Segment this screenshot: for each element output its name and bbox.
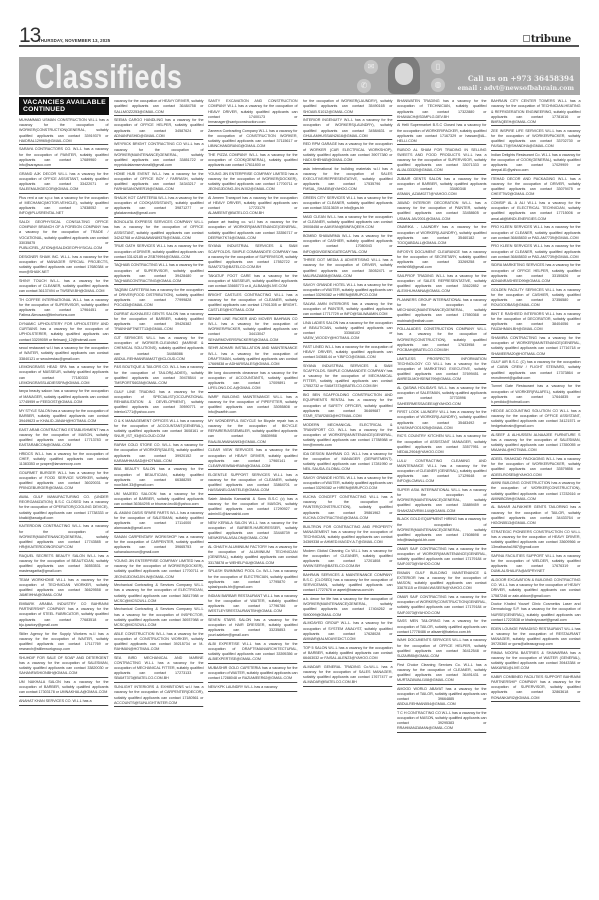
classified-ad: SEA BIRD MECHANICAL AND MARINE CONTRACTI… bbox=[114, 654, 203, 683]
classified-ad: EMAAN GULF BUILDING MAINTENANCE & EXTERI… bbox=[397, 569, 486, 593]
classified-ad: AMINI BUILDING CONSTRUCTION has a vacanc… bbox=[491, 479, 580, 503]
classified-ad: HRIDCS W.L.L has a vacancy for the occup… bbox=[19, 450, 108, 469]
classified-ad: MUHAMMAD USMAN CONSTRUCTION W.L.L has a … bbox=[19, 116, 108, 145]
classified-ad: vacancy for the occupation of HEAVY DRIV… bbox=[114, 97, 203, 116]
classified-ad: SEEMA CARGO HANDLING has a vacancy for t… bbox=[114, 116, 203, 140]
mobile-icon: ▯ bbox=[431, 60, 445, 74]
folio: 13 THURSDAY, NOVEMBER 13, 2025 bbox=[19, 26, 272, 46]
classified-ad: Saleh Abdulla Kamashki & Sons B.S.C (c) … bbox=[208, 495, 297, 519]
column-4: for the occupation of WORKER(LAUNDRY), s… bbox=[303, 97, 393, 687]
classified-ad: AL QASWA HOLIDAYS W.L.L has a vacancy fo… bbox=[397, 384, 486, 408]
classified-ad: STRATEGIC PIONEERS CONSTRUCTION CO W.L.L… bbox=[491, 528, 580, 552]
classified-ad: BBA BEAUTY SALON has a vacancy for the o… bbox=[114, 465, 203, 489]
classified-ad: TAQHAIB CONTRACTING W.L.L has a vacancy … bbox=[114, 261, 203, 285]
classified-ad: INTERIOR INGENUITY W.L.L has a vacancy f… bbox=[303, 116, 392, 140]
classified-ad: ITEHAD DECOR AND PACKAGING W.L.L has a v… bbox=[491, 175, 580, 199]
classified-ad: SANTY EXCAVATION AND CONSTRUCTION COMPAN… bbox=[208, 97, 297, 126]
classified-ad: tanya beauty saloon has a vacancy for th… bbox=[19, 387, 108, 406]
classified-ad: IDA DESIGN BAHRAIN CO. W.L.L has a vacan… bbox=[303, 450, 392, 474]
classified-ad: EMBARK ARABIA INDUSTRY CO BAHRAINI PARTN… bbox=[19, 600, 108, 629]
column-5: BHANWATEN TRADING has a vacancy for the … bbox=[397, 97, 487, 733]
brand-name: tribune bbox=[531, 34, 571, 45]
classified-ad: KUCHA CONCEPT CONTRACTING W.L.L has a va… bbox=[303, 493, 392, 522]
classified-ad: POLLALADES CONSTRUCTION COMPANY W.L.L ha… bbox=[397, 325, 486, 354]
classified-ad: Doctor Khaled Yousef Clinic Cosmetics La… bbox=[491, 600, 580, 624]
classified-ad: NEW KERALA SALON W.L.L has a vacancy for… bbox=[208, 519, 297, 543]
section-title: Classifieds bbox=[35, 59, 182, 95]
classified-ad: Indian Delights Restaurant Co. W.L.L has… bbox=[491, 151, 580, 175]
classified-ad: BUILTRON FOR CONTRACTING AND PROPERTY MA… bbox=[303, 522, 392, 546]
classified-ad: FAST LINED W.L.L has a vacancy for the o… bbox=[303, 343, 392, 362]
classified-ad: ZEE INSPIRE LIFE SERVICES W.L.L has a va… bbox=[491, 126, 580, 150]
classified-ad: NEW KPK LAUNDRY W.L.L has a vacancy bbox=[208, 683, 297, 692]
classified-ad: WARF BUILDING MAINTENANCE W.L.L has a va… bbox=[208, 393, 297, 417]
classified-ad: AMOOD WORLD ABAYAT has a vacancy for the… bbox=[397, 685, 486, 709]
classified-ad: AL BAHAR ALFAKHER GENTS TAILORING has a … bbox=[491, 503, 580, 527]
classified-ad: BIG BEN SCAFFOLDING CONSTRUCTION AND EQU… bbox=[303, 391, 392, 420]
classified-ad: First Choice Cleaning Services Co. W.L.L… bbox=[397, 660, 486, 684]
classified-ad: RIC'S COUNTRY KITCHEN W.L.L has a vacanc… bbox=[397, 432, 486, 456]
classified-ad: seoul restaurant w.l.l has a vacancy for… bbox=[19, 344, 108, 363]
classified-ad: Al Helli Supermarket B.S.C Closed has a … bbox=[397, 121, 486, 145]
classified-ad: RED RPM GARAGE has a vacancy for the occ… bbox=[303, 140, 392, 164]
classified-ad: MAID CLEAN W.L.L has a vacancy for the o… bbox=[303, 213, 392, 232]
classified-ad: JAWAD INTERIOR DECORATION W.L.L has a va… bbox=[397, 199, 486, 223]
classified-ad: SASS MEN TAILORING has a vacancy for the… bbox=[397, 617, 486, 636]
classified-ad: SALDI GEOPHYSICAL CONSULTING OFFICE COMP… bbox=[19, 218, 108, 253]
classified-ad: YOUNG JIN ENTERPRISE COMPANY LIMITED has… bbox=[208, 170, 297, 194]
classified-ad: TOP 5 SALON W.L.L has a vacancy for the … bbox=[303, 643, 392, 662]
classified-ad: ELGENTLE SUPPORT SERVICES W.L.L has a va… bbox=[208, 470, 297, 494]
classified-ad: TAQBIM CAFETERIA has a vacancy for the o… bbox=[114, 285, 203, 309]
section-heading: VACANCIES AVAILABLE CONTINUED bbox=[19, 97, 109, 115]
classifieds-columns: VACANCIES AVAILABLE CONTINUED MUHAMMAD U… bbox=[19, 97, 580, 877]
contact-email: email : advt@newsofbahrain.com bbox=[458, 85, 574, 92]
classified-ad: SEHR ADHARI INSTALLATION AND MAINTENANCE… bbox=[208, 344, 297, 368]
classified-ad: SPLASH SWIMMING POOL Co. W.L.L has a vac… bbox=[208, 567, 297, 591]
classified-ad: Stiller Agency for the Supply Workers w.… bbox=[19, 629, 108, 653]
classified-ad: OMAR SAIF CONTRACTING has a vacancy for … bbox=[397, 545, 486, 569]
column-6: BAHRAIN CITY CENTER TOWERS W.L.L has a v… bbox=[491, 97, 581, 702]
classified-ad: BAHRAIN SERVICES & MAINTENANCE COMPANY B… bbox=[303, 571, 392, 595]
classified-ad: BHANWATEN TRADING has a vacancy for the … bbox=[397, 97, 486, 121]
classified-ad: RIMAA NOORA BASTRIES & SHAWARMA has a va… bbox=[491, 649, 580, 673]
classified-ad: SALWA AMIN INTERIORS has a vacancy for t… bbox=[303, 299, 392, 318]
classified-ad: MY WONDERFUL BICYCLE for Bicycle repair … bbox=[208, 417, 297, 446]
issue-date: THURSDAY, NOVEMBER 13, 2025 bbox=[38, 38, 110, 43]
email-icon: ✉ bbox=[364, 60, 378, 74]
classified-ad: LINA LADIES SALON has a vacancy for the … bbox=[303, 318, 392, 342]
classified-ad: SAFINA FACILITIES SUPPORT W.L.L has a va… bbox=[491, 552, 580, 576]
classified-ad: HOME HUB EVENT W.L.L has a vacancy for t… bbox=[114, 170, 203, 194]
classified-ad: BONOLATA EXPRESS SERVICES COMPANY W.L.L … bbox=[114, 218, 203, 242]
column-3: SANTY EXCAVATION AND CONSTRUCTION COMPAN… bbox=[208, 97, 298, 692]
phone-icon: ✆ bbox=[357, 79, 371, 93]
classified-ad: LEMONGRASS HEAD SPA has a vacancy for th… bbox=[19, 363, 108, 387]
classified-ad: OMAR SAIF CONTRACTING has a vacancy for … bbox=[397, 593, 486, 617]
classified-ad: Tunnel Gate Restaurant has a vacancy for… bbox=[491, 382, 580, 406]
classified-ad: KABIR COMBINED FACILITIES SUPPORT BAHRAI… bbox=[491, 673, 580, 702]
classified-ad: asia international for building material… bbox=[303, 164, 392, 193]
classified-ad: FIRST LOOK LAUNDRY W.L.L has a vacancy f… bbox=[397, 408, 486, 432]
classified-ad: RUBOO AL SHAM FOR TRADING IN SELLING SWE… bbox=[397, 145, 486, 174]
classified-ad: KAITERDOIN CONTRACTING W.L.L has a vacan… bbox=[19, 522, 108, 551]
classified-ad: PRO KLEEN SERVICES W.L.L has a vacancy f… bbox=[491, 223, 580, 242]
classified-ad: Zaneera Contracting Company W.L.L has a … bbox=[208, 126, 297, 150]
classified-ad: ZUBAIR GENTS SALON has a vacancy for the… bbox=[397, 175, 486, 199]
brand-logo: tribune bbox=[523, 34, 571, 45]
classified-ad: SAILPROF TRADING W.L.L has a vacancy for… bbox=[397, 272, 486, 296]
classified-ad: ABLE CONSTRUCTION W.L.L has a vacancy fo… bbox=[114, 629, 203, 653]
classified-ad: GOURMET BURGER W.L.L has a vacancy for t… bbox=[19, 469, 108, 493]
classified-ad: SUPER ASIA INTERNATIONAL W.L.L has a vac… bbox=[397, 486, 486, 515]
logo-mark-icon bbox=[523, 35, 530, 42]
classified-ad: ALSEEF & ALHUSSEN ALNAAJEE FURNITURE S h… bbox=[491, 431, 580, 455]
classified-ad: CLEAR VIEW SERVICES has a vacancy for th… bbox=[208, 446, 297, 470]
classified-ad: GJT SERVICES W.L.L has a vacancy for the… bbox=[114, 334, 203, 363]
classified-ad: GREEN CITY SERVICES W.L.L has a vacancy … bbox=[303, 194, 392, 213]
globe-icon: ◍ bbox=[431, 78, 445, 92]
header-divider bbox=[19, 45, 579, 47]
classified-ad: THREE DOT MEDIA & ADVERTISING W.L.L has … bbox=[303, 256, 392, 280]
mascot-face bbox=[395, 63, 413, 85]
classified-ad: AWAL GULF MANUFACTURING CO. (UNDER REORG… bbox=[19, 493, 108, 522]
classified-ad: ANAHAT KHAN SERVICES CO. W.L.L has a bbox=[19, 697, 108, 706]
classified-ad: Modern Global Cleaning Co W.L.L has a va… bbox=[303, 547, 392, 571]
classified-ad: DURRAT ALKHALEEJ GENTS SALON has a vacan… bbox=[114, 310, 203, 334]
classified-ad: SANAN CARPENTARY WORKSHOP has a vacancy … bbox=[114, 533, 203, 557]
classified-ad: GRAND AJK DECOR W.L.L has a vacancy for … bbox=[19, 169, 108, 193]
classified-ad: palace art trading co. w.l.l has a vacan… bbox=[208, 218, 297, 242]
classified-ad: AL GHAITH ALUMINIUM FACTORY has a vacanc… bbox=[208, 543, 297, 567]
classified-ad: TEAM WORKHOME W.L.L has a vacancy for th… bbox=[19, 576, 108, 600]
classified-ad: YOUNG JIN ENTERPRISE COMPANY LIMITED has… bbox=[114, 557, 203, 581]
classified-ad: COMSIP AL A ALI W.L.L has a vacancy for … bbox=[491, 199, 580, 223]
classified-ad: MODERN MECHANICAL ELECTRICAL & TRANSPORT… bbox=[303, 420, 392, 449]
classified-ad: TRUE OATH SERVICES W.L.L has a vacancy f… bbox=[114, 242, 203, 261]
classified-ad: SHINY TOUCH W.L.L. has a vacancy for the… bbox=[19, 277, 108, 296]
classified-ad: SIDRA MARKETING SERVICES has a vacancy f… bbox=[491, 261, 580, 285]
classified-ad: ONARIKA - LAUNDRY has a vacancy for the … bbox=[397, 223, 486, 247]
classified-ad: ALMADAR GENERAL TRADING Co.W.L.L has a v… bbox=[303, 662, 392, 686]
classified-ad: ALDOOR EXCAVATION & BUILDING CONTRACTING… bbox=[491, 576, 580, 600]
classified-ad: UM MAJEED SALOON has a vacancy for the o… bbox=[114, 489, 203, 508]
classified-ad: WAHI DOCUMENTS SERVICES W.L.L has a vaca… bbox=[397, 636, 486, 660]
classified-ad: Mechanical Contracting & Services Compan… bbox=[114, 581, 203, 605]
classified-ad: GULF AIR B.S.C. (C) has a vacancy for th… bbox=[491, 358, 580, 382]
classified-ad: INFOSYS DOCUMENT CLEARANCE has a vacancy… bbox=[397, 247, 486, 271]
classified-ad: GOLDEN FACILITY SERVICES W.L.L has a vac… bbox=[491, 285, 580, 309]
classified-ad: DYNAMIC UPHOLSTERY FOR UPHOLSTERY AND CU… bbox=[19, 320, 108, 344]
column-1: VACANCIES AVAILABLE CONTINUED MUHAMMAD U… bbox=[19, 97, 109, 706]
column-2: vacancy for the occupation of HEAVY DRIV… bbox=[114, 97, 204, 707]
classified-ad: SEVEN STARS SALON has a vacancy for the … bbox=[208, 616, 297, 640]
classified-ad: BINT E RASHEED INTERIORS W.L.L has a vac… bbox=[491, 310, 580, 334]
classified-ad: BRIGHT CASTLES CONTRACTING W.L.L has a v… bbox=[208, 291, 297, 315]
classified-ad: SHAMIRA CONTRACTING has a vacancy for th… bbox=[491, 334, 580, 358]
classified-ad: SHUHDIF FOR SALE OF SOAP AND DETERGENT h… bbox=[19, 654, 108, 678]
classified-ad: HEDGE ACCOUNTING SOLUTION CO W.L.L has a… bbox=[491, 406, 580, 430]
classified-ad: BAHRAIN CITY CENTER TOWERS W.L.L has a v… bbox=[491, 97, 580, 126]
classified-ad: Al Ameen Transport has a vacancy for the… bbox=[208, 194, 297, 218]
classified-ad: DESIGNER SHAIK INC. W.L.L. has a vacancy… bbox=[19, 252, 108, 276]
classified-ad: SEHAR LINE PACKER AND MOVER BAHRAIN CO W… bbox=[208, 315, 297, 344]
classified-ad: LULU CONTRACTING CLEANING AND MAINTENANC… bbox=[397, 456, 486, 485]
classified-ad: RAFAH COLD STORE CO. W.L.L has a vacancy… bbox=[114, 441, 203, 465]
classified-ad: ALBI EXPERTISE W.L.L has a vacancy for t… bbox=[208, 640, 297, 664]
classified-ad: SAVOY GRANDE HOTEL W.L.L has a vacancy f… bbox=[303, 474, 392, 493]
classified-ad: RAQUEL SECRETS BEAUTY SALON W.L.L has a … bbox=[19, 552, 108, 576]
classified-ad: TH COFFEE INTERNATIONAL W.L.L has a vaca… bbox=[19, 296, 108, 320]
classified-ad: for the occupation of WORKER(LAUNDRY), s… bbox=[303, 97, 392, 116]
classified-ad: Mechanical Contracting & Services Compan… bbox=[114, 605, 203, 629]
classified-ad: Plus rent a car s.p.c has a vacancy for … bbox=[19, 194, 108, 218]
classified-ad: O & K MANAGEMENT OFFICES W.L.L has a vac… bbox=[114, 417, 203, 441]
classified-ad: BLACK GOLD EQUIPMENT HIRING has a vacanc… bbox=[397, 515, 486, 544]
classified-ad: UM NAKHALA SALON has a vacancy for the o… bbox=[19, 678, 108, 697]
call-number: Call us on +973 36458394 bbox=[468, 74, 574, 83]
classified-ad: PLANNERS GROUP INTERNATIONAL has a vacan… bbox=[397, 296, 486, 325]
classified-ad: AL AMANI OASIS SPARE PARTS W.L.L has a v… bbox=[114, 508, 203, 532]
classified-ad: T C H CONTRACTING CO W.L.L has a vacancy… bbox=[397, 709, 486, 733]
page-number: 13 bbox=[19, 26, 40, 46]
classifieds-banner: Classifieds ✉ ✆ ▯ ◍ Call us on +973 3645… bbox=[19, 57, 580, 95]
classified-ad: MY STYLE SALON has a vacancy for the occ… bbox=[19, 406, 108, 425]
classified-ad: GULF LINE TRADING has a vacancy for the … bbox=[114, 387, 203, 416]
classified-ad: SHALIK KOT CAFETERIA W.L.L has a vacancy… bbox=[114, 194, 203, 218]
classified-ad: SUNLIGHT INTERIORS & EXHIBITIONS w.l.l h… bbox=[114, 683, 203, 707]
mascot-illustration bbox=[384, 57, 424, 95]
classified-ad: PRO KLEEN SERVICES W.L.L has a vacancy f… bbox=[491, 242, 580, 261]
classified-ad: MUBASHIR GOLD CAFETERIA has a vacancy fo… bbox=[208, 664, 297, 683]
classified-ad: SIYANA INDUSTRIAL SERVICES & SIAM SCAFFO… bbox=[303, 362, 392, 391]
classified-ad: THE PIZZA COMPANY W.L.L has a vacancy fo… bbox=[208, 151, 297, 170]
classified-ad: a.k. decor for life has a vacancy for th… bbox=[303, 595, 392, 619]
classified-ad: ADEEL SHAHZAD PACKAGING W.L.L has a vaca… bbox=[491, 455, 580, 479]
classified-ad: BOMBO SHAWARMA W.L.L has a vacancy for t… bbox=[303, 232, 392, 256]
classified-ad: life long documents clearance has a vaca… bbox=[208, 368, 297, 392]
classified-ad: INDIAN BARBAR RESTAURANT W.L.L has a vac… bbox=[208, 591, 297, 615]
classified-ad: WEYRICK BRIGHT CONTRACTING CO W.L.L has … bbox=[114, 140, 203, 169]
classified-ad: SIYANA INDUSTRIAL SERVICES & SIAM SCAFFO… bbox=[208, 242, 297, 271]
classified-ad: ALMOAYED GROUP W.L.L. has a vacancy for … bbox=[303, 619, 392, 643]
classified-ad: TAKATUF FOOT CARE has a vacancy for the … bbox=[208, 272, 297, 291]
classified-ad: P&S BOUTIQUE & TAILORS CO. W.L.L has a v… bbox=[114, 363, 203, 387]
classified-ad: EDEN LOUNGE PARADISO RESTAURANT W.L.L ha… bbox=[491, 624, 580, 648]
classified-ad: SARAYA CONTRACTORS CO. W.L.L has a vacan… bbox=[19, 145, 108, 169]
classified-ad: SAVOY GRANDE HOTEL W.L.L has a vacancy f… bbox=[303, 280, 392, 299]
classified-ad: EAST ARAB CONTRACTING ESTABLISHMENT has … bbox=[19, 425, 108, 449]
classified-ad: LIMITLESS PROSPECTS INFORMATION TECHNOLO… bbox=[397, 355, 486, 384]
